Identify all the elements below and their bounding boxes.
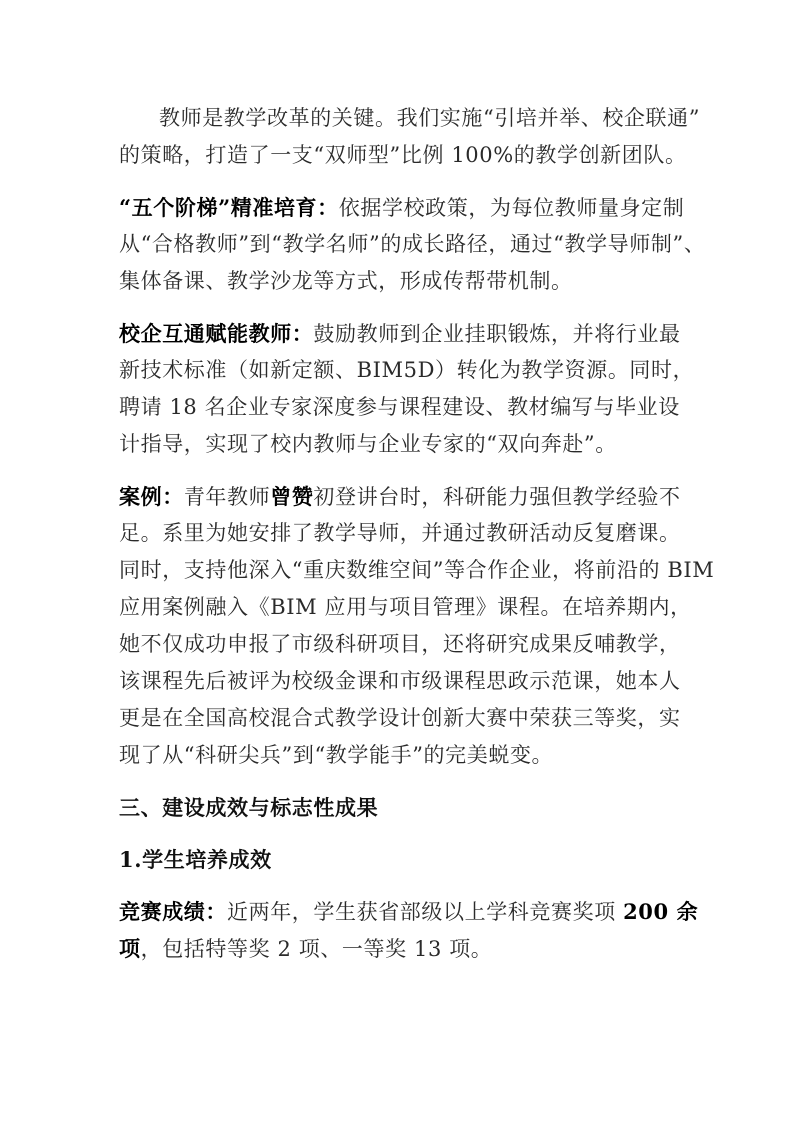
subsection-heading: 1.学生培养成效 (119, 841, 675, 878)
text-line: 现了从“科研尖兵”到“教学能手”的完美蜕变。 (119, 737, 675, 774)
bold-text: “五个阶梯”精准培育： (119, 195, 339, 220)
text-line: 从“合格教师”到“教学名师”的成长路径，通过“教学导师制”、 (119, 226, 675, 263)
bold-text: 案例： (119, 484, 184, 509)
body-text: 集体备课、教学沙龙等方式，形成传帮带机制。 (119, 269, 573, 293)
text-line: 聘请 18 名企业专家深度参与课程建设、教材编写与毕业设 (119, 389, 675, 426)
body-text: 现了从“科研尖兵”到“教学能手”的完美蜕变。 (119, 743, 553, 767)
body-text: 她不仅成功申报了市级科研项目，还将研究成果反哺教学， (119, 632, 681, 656)
paragraph-five-steps: “五个阶梯”精准培育：依据学校政策，为每位教师量身定制从“合格教师”到“教学名师… (119, 189, 675, 300)
body-text: 近两年，学生获省部级以上学科竞赛奖项 (227, 900, 623, 924)
body-text: 应用案例融入《BIM 应用与项目管理》课程。在培养期内， (119, 595, 692, 619)
body-text: 教师是教学改革的关键。我们实施“引培并举、校企联通” (159, 106, 700, 130)
body-text: 鼓励教师到企业挂职锻炼，并将行业最 (313, 322, 680, 346)
body-text: 从“合格教师”到“教学名师”的成长路径，通过“教学导师制”、 (119, 232, 705, 256)
body-text: 更是在全国高校混合式教学设计创新大赛中荣获三等奖，实 (119, 706, 681, 730)
bold-text: 200 余 (623, 899, 698, 924)
text-line: 教师是教学改革的关键。我们实施“引培并举、校企联通” (119, 100, 675, 137)
body-text: 计指导，实现了校内教师与企业专家的“双向奔赴”。 (119, 432, 617, 456)
text-line: 新技术标准（如新定额、BIM5D）转化为教学资源。同时， (119, 352, 675, 389)
body-text: 初登讲台时，科研能力强但教学经验不 (313, 485, 680, 509)
body-text: 的策略，打造了一支“双师型”比例 100%的教学创新团队。 (119, 143, 687, 167)
bold-text: 曾赞 (270, 484, 313, 509)
text-line: 项，包括特等奖 2 项、一等奖 13 项。 (119, 930, 675, 967)
paragraph-school-enterprise: 校企互通赋能教师：鼓励教师到企业挂职锻炼，并将行业最新技术标准（如新定额、BIM… (119, 315, 675, 463)
text-line: 应用案例融入《BIM 应用与项目管理》课程。在培养期内， (119, 589, 675, 626)
bold-text: 项 (119, 936, 141, 961)
text-line: 计指导，实现了校内教师与企业专家的“双向奔赴”。 (119, 426, 675, 463)
body-text: 依据学校政策，为每位教师量身定制 (339, 196, 685, 220)
text-line: 校企互通赋能教师：鼓励教师到企业挂职锻炼，并将行业最 (119, 315, 675, 352)
text-line: 她不仅成功申报了市级科研项目，还将研究成果反哺教学， (119, 626, 675, 663)
bold-text: 竞赛成绩： (119, 899, 227, 924)
body-text: ，包括特等奖 2 项、一等奖 13 项。 (141, 937, 493, 961)
text-line: 的策略，打造了一支“双师型”比例 100%的教学创新团队。 (119, 137, 675, 174)
body-text: 同时，支持他深入“重庆数维空间”等合作企业，将前沿的 BIM (119, 558, 714, 582)
text-line: 同时，支持他深入“重庆数维空间”等合作企业，将前沿的 BIM (119, 552, 675, 589)
body-text: 青年教师 (184, 485, 270, 509)
document-page: 教师是教学改革的关键。我们实施“引培并举、校企联通”的策略，打造了一支“双师型”… (119, 100, 675, 982)
text-line: “五个阶梯”精准培育：依据学校政策，为每位教师量身定制 (119, 189, 675, 226)
body-text: 足。系里为她安排了教学导师，并通过教研活动反复磨课。 (119, 521, 681, 545)
text-line: 案例：青年教师曾赞初登讲台时，科研能力强但教学经验不 (119, 478, 675, 515)
text-line: 足。系里为她安排了教学导师，并通过教研活动反复磨课。 (119, 515, 675, 552)
text-line: 集体备课、教学沙龙等方式，形成传帮带机制。 (119, 263, 675, 300)
text-line: 该课程先后被评为校级金课和市级课程思政示范课，她本人 (119, 663, 675, 700)
body-text: 聘请 18 名企业专家深度参与课程建设、教材编写与毕业设 (119, 395, 680, 419)
paragraph-case: 案例：青年教师曾赞初登讲台时，科研能力强但教学经验不足。系里为她安排了教学导师，… (119, 478, 675, 774)
section-heading: 三、建设成效与标志性成果 (119, 789, 675, 826)
text-line: 更是在全国高校混合式教学设计创新大赛中荣获三等奖，实 (119, 700, 675, 737)
paragraph-intro: 教师是教学改革的关键。我们实施“引培并举、校企联通”的策略，打造了一支“双师型”… (119, 100, 675, 174)
text-line: 竞赛成绩：近两年，学生获省部级以上学科竞赛奖项 200 余 (119, 893, 675, 930)
body-text: 该课程先后被评为校级金课和市级课程思政示范课，她本人 (119, 669, 681, 693)
body-text: 新技术标准（如新定额、BIM5D）转化为教学资源。同时， (119, 358, 694, 382)
paragraph-competition: 竞赛成绩：近两年，学生获省部级以上学科竞赛奖项 200 余项，包括特等奖 2 项… (119, 893, 675, 967)
bold-text: 校企互通赋能教师： (119, 321, 313, 346)
